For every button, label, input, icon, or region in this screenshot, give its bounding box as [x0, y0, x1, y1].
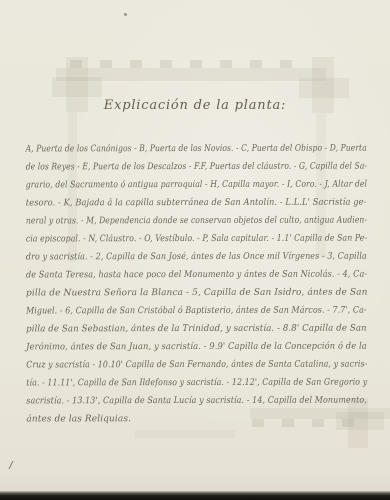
- text-line: sacristía. - 13.13', Capilla de Santa Lu…: [26, 392, 329, 411]
- text-line: dro y sacristía. - 2, Capilla de San Jos…: [26, 248, 329, 267]
- text-line: Cruz y sacristía - 10.10' Capilla de San…: [26, 356, 324, 375]
- document-page: Explicación de la planta: A, Puerta de l…: [0, 0, 390, 500]
- photo-edge-bottom: [0, 491, 390, 500]
- text-line: ántes de las Reliquias.: [26, 410, 367, 429]
- plan-ghost-smudge: [135, 430, 235, 438]
- paper-speck: [124, 13, 127, 16]
- text-line: grario, del Sacramento ó antigua parroqu…: [26, 176, 318, 195]
- text-line: pilla de Nuestra Señora la Blanca - 5, C…: [26, 284, 367, 303]
- text-line: Jerónimo, ántes de San Juan, y sacristía…: [26, 338, 342, 357]
- text-line: de los Reyes - E, Puerta de los Descalzo…: [26, 158, 314, 177]
- plan-ghost-cross-right-horizontal: [299, 78, 349, 98]
- plan-ghost-crenellation: [70, 60, 310, 68]
- text-line: Miguel. - 6, Capilla de San Cristóbal ó …: [26, 302, 327, 321]
- text-line: cia episcopal. - N, Cláustro. - O, Vestí…: [26, 230, 320, 249]
- pencil-mark: [6, 461, 16, 469]
- text-line: neral y otras. - M, Dependencia donde se…: [26, 212, 315, 231]
- text-line: tía. - 11.11', Capilla de San Ildefonso …: [26, 374, 324, 393]
- text-line: A, Puerta de los Canónigos - B, Puerta d…: [26, 140, 313, 159]
- text-line: de Santa Teresa, hasta hace poco del Mon…: [26, 266, 332, 285]
- plan-ghost-cross-left-horizontal: [52, 77, 102, 97]
- text-line: pilla de San Sebastian, ántes de la Trin…: [26, 320, 352, 339]
- text-line: tesoro. - K, Bajada á la capilla subterr…: [26, 194, 339, 213]
- legend-text: A, Puerta de los Canónigos - B, Puerta d…: [26, 140, 368, 429]
- page-title: Explicación de la planta:: [0, 98, 390, 113]
